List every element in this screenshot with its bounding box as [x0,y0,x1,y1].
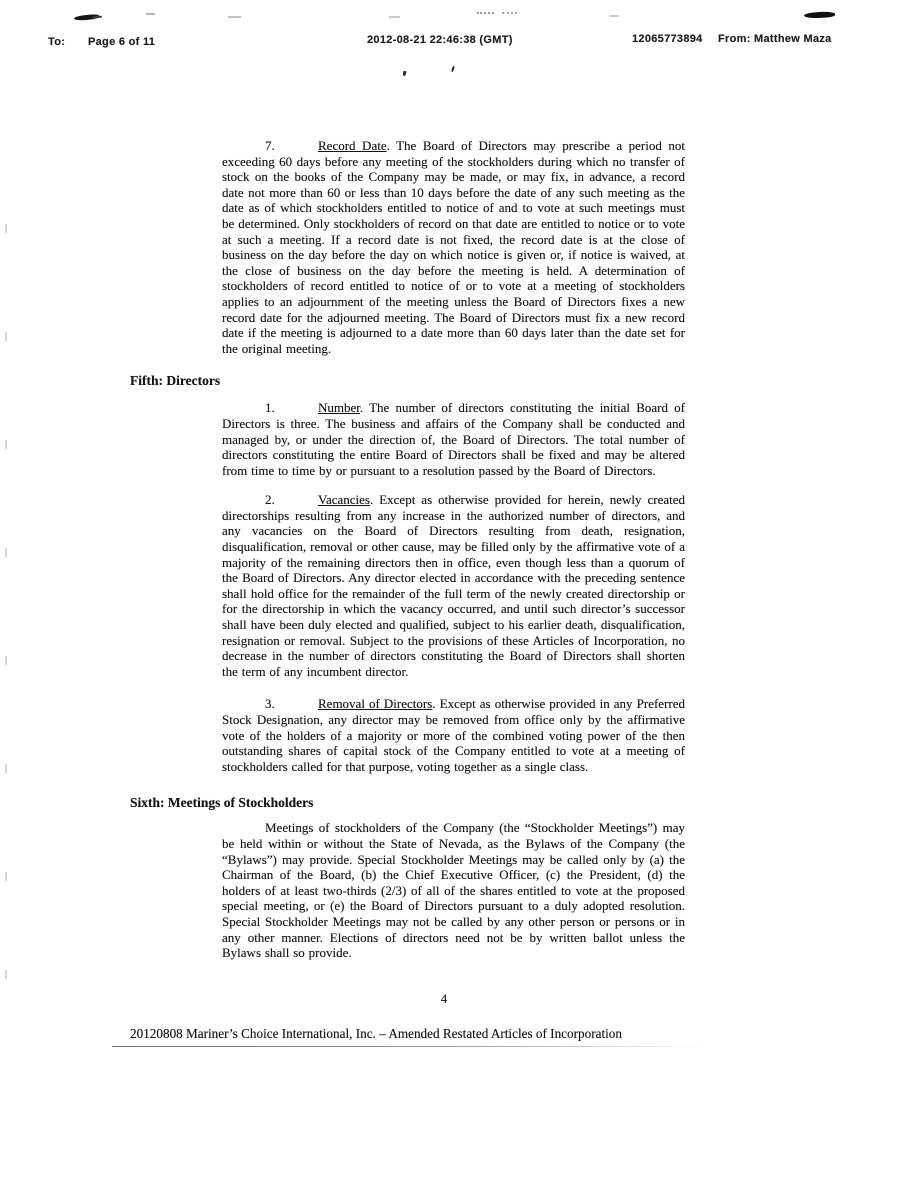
paragraph-title: Vacancies [318,492,370,507]
paragraph-title: Number [318,400,360,415]
scan-artifact-smudge [74,14,99,21]
fax-page-info: Page 6 of 11 [88,36,155,48]
scan-edge-mark [5,224,7,233]
paragraph-number-of-directors: 1.Number. The number of directors consti… [222,400,685,478]
heading-sixth-meetings: Sixth: Meetings of Stockholders [130,795,686,811]
fax-number: 12065773894 [632,33,703,45]
scan-artifact-dash [610,15,619,17]
paragraph-number: 2. [265,492,318,508]
paragraph-number: 7. [265,138,318,154]
scan-artifact-dash [228,16,241,18]
scan-edge-mark [5,656,7,665]
scanned-fax-page: To: Page 6 of 11 2012-08-21 22:46:38 (GM… [0,0,904,1179]
scan-artifact-dots [477,12,494,14]
scan-artifact-dots [502,12,517,14]
paragraph-removal-of-directors: 3.Removal of Directors. Except as otherw… [222,696,685,774]
paragraph-text: . Except as otherwise provided for herei… [222,492,685,679]
paragraph-record-date: 7.Record Date. The Board of Directors ma… [222,138,685,356]
scan-edge-mark [5,764,7,773]
heading-fifth-directors: Fifth: Directors [130,373,686,389]
fax-from: From: Matthew Maza [718,33,832,45]
paragraph-number: 3. [265,696,318,712]
fax-to-label: To: [48,36,65,48]
paragraph-stockholder-meetings: Meetings of stockholders of the Company … [222,820,685,960]
paragraph-title: Record Date [318,138,387,153]
paragraph-text: Meetings of stockholders of the Company … [222,820,685,960]
scan-artifact-smudge [804,11,835,19]
scan-artifact-mark [451,66,455,72]
paragraph-text: . The Board of Directors may prescribe a… [222,138,685,356]
paragraph-title: Removal of Directors [318,696,432,711]
paragraph-vacancies: 2.Vacancies. Except as otherwise provide… [222,492,685,679]
fax-timestamp: 2012-08-21 22:46:38 (GMT) [367,34,513,46]
scan-artifact-dash [389,16,400,18]
scan-edge-mark [5,872,7,881]
scan-edge-mark [5,970,7,979]
paragraph-number: 1. [265,400,318,416]
scan-edge-mark [5,332,7,341]
scan-edge-mark [5,440,7,449]
footer-text: 20120808 Mariner’s Choice International,… [130,1026,622,1042]
scan-artifact-dash [146,13,155,15]
scan-edge-mark [5,548,7,557]
document-body: 7.Record Date. The Board of Directors ma… [130,138,686,961]
page-number: 4 [400,991,488,1007]
footer-rule [112,1046,704,1047]
scan-artifact-mark [403,71,407,77]
